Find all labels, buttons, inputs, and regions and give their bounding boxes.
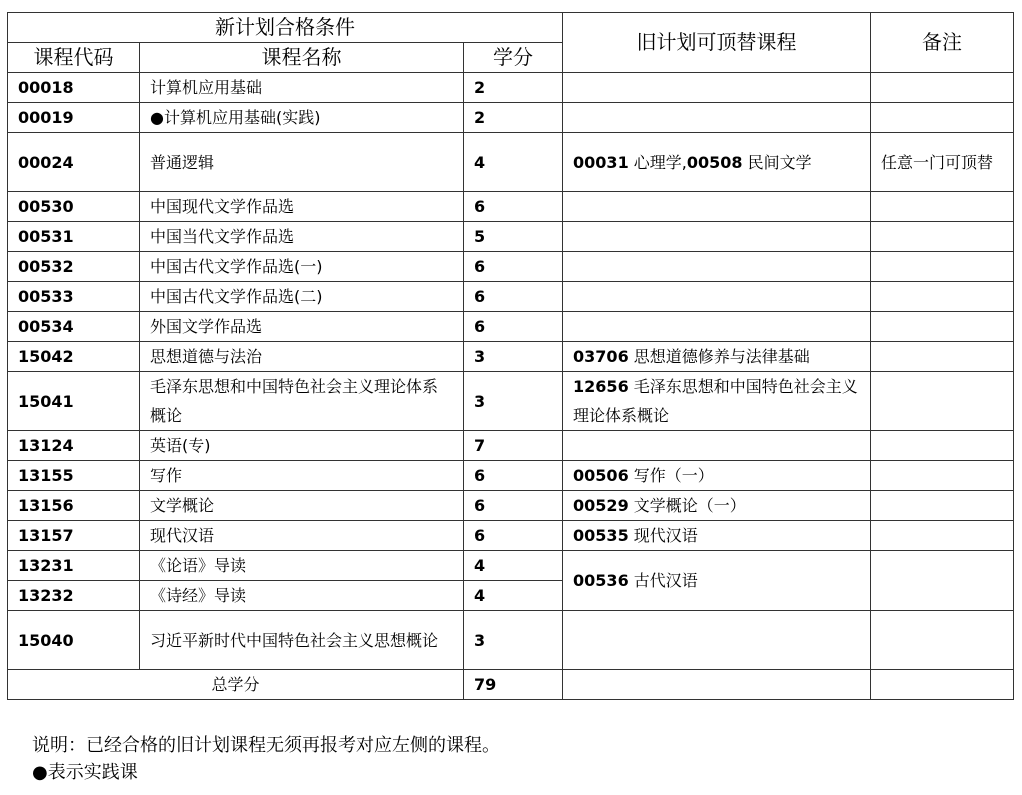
course-code: 13231	[8, 551, 140, 581]
table-row: 00024 普通逻辑 4 00031 心理学,00508 民间文学 任意一门可顶…	[8, 133, 1014, 192]
remark	[871, 521, 1014, 551]
course-code: 00024	[8, 133, 140, 192]
remark	[871, 222, 1014, 252]
total-credit: 79	[464, 670, 563, 700]
course-code: 00533	[8, 282, 140, 312]
column-header-code: 课程代码	[8, 43, 140, 73]
course-name: 计算机应用基础	[140, 73, 464, 103]
table-row: 15041 毛泽东思想和中国特色社会主义理论体系概论 3 12656 毛泽东思想…	[8, 372, 1014, 431]
remark	[871, 282, 1014, 312]
course-code: 00018	[8, 73, 140, 103]
old-course: 00031 心理学,00508 民间文学	[563, 133, 871, 192]
course-name: 写作	[140, 461, 464, 491]
course-credit: 5	[464, 222, 563, 252]
course-credit: 6	[464, 491, 563, 521]
course-code: 15042	[8, 342, 140, 372]
column-header-credit: 学分	[464, 43, 563, 73]
old-course	[563, 611, 871, 670]
old-course: 00529 文学概论（一）	[563, 491, 871, 521]
course-credit: 4	[464, 581, 563, 611]
old-course	[563, 192, 871, 222]
course-credit: 6	[464, 282, 563, 312]
old-course-code: 00031	[573, 153, 629, 172]
course-name: 习近平新时代中国特色社会主义思想概论	[140, 611, 464, 670]
remark	[871, 312, 1014, 342]
old-course	[563, 282, 871, 312]
old-course-name: 古代汉语	[629, 571, 698, 590]
notes-section: 说明：已经合格的旧计划课程无须再报考对应左侧的课程。 ●表示实践课	[32, 732, 500, 786]
old-course-code: 00536	[573, 571, 629, 590]
old-course-code: 00535	[573, 526, 629, 545]
remark	[871, 461, 1014, 491]
table-row: 00019 ●计算机应用基础(实践) 2	[8, 103, 1014, 133]
old-course-name: 民间文学	[743, 153, 812, 172]
old-course	[563, 431, 871, 461]
table-row: 00018 计算机应用基础 2	[8, 73, 1014, 103]
course-name: 普通逻辑	[140, 133, 464, 192]
course-credit: 3	[464, 372, 563, 431]
course-credit: 3	[464, 611, 563, 670]
remark	[871, 372, 1014, 431]
remark	[871, 192, 1014, 222]
course-credit: 4	[464, 551, 563, 581]
table-row: 00531 中国当代文学作品选 5	[8, 222, 1014, 252]
remark	[871, 611, 1014, 670]
group-header-new-plan: 新计划合格条件	[8, 13, 563, 43]
old-course-code: 03706	[573, 347, 629, 366]
old-course-name: 现代汉语	[629, 526, 698, 545]
remark	[871, 342, 1014, 372]
total-row: 总学分 79	[8, 670, 1014, 700]
header-row-group: 新计划合格条件 旧计划可顶替课程 备注	[8, 13, 1014, 43]
course-code: 00531	[8, 222, 140, 252]
course-credit: 6	[464, 521, 563, 551]
old-course: 12656 毛泽东思想和中国特色社会主义理论体系概论	[563, 372, 871, 431]
course-credit: 6	[464, 461, 563, 491]
explanation-note: 说明：已经合格的旧计划课程无须再报考对应左侧的课程。	[32, 732, 500, 759]
course-credit: 6	[464, 252, 563, 282]
course-name: 现代汉语	[140, 521, 464, 551]
old-course: 00535 现代汉语	[563, 521, 871, 551]
course-name: 英语(专)	[140, 431, 464, 461]
remark	[871, 73, 1014, 103]
table-row: 00530 中国现代文学作品选 6	[8, 192, 1014, 222]
course-credit: 2	[464, 73, 563, 103]
old-course-name: 心理学,	[629, 153, 687, 172]
old-course-name: 思想道德修养与法律基础	[629, 347, 810, 366]
old-course	[563, 73, 871, 103]
course-code: 15040	[8, 611, 140, 670]
table-row: 00534 外国文学作品选 6	[8, 312, 1014, 342]
course-name: 外国文学作品选	[140, 312, 464, 342]
course-code: 00530	[8, 192, 140, 222]
remark	[871, 491, 1014, 521]
old-course-name: 文学概论（一）	[629, 496, 746, 515]
old-course-code: 12656	[573, 377, 629, 396]
old-course-code: 00529	[573, 496, 629, 515]
old-course	[563, 312, 871, 342]
total-label: 总学分	[8, 670, 464, 700]
course-code: 13155	[8, 461, 140, 491]
course-credit: 6	[464, 312, 563, 342]
course-credit: 4	[464, 133, 563, 192]
course-credit: 3	[464, 342, 563, 372]
course-name: 毛泽东思想和中国特色社会主义理论体系概论	[140, 372, 464, 431]
remark	[871, 670, 1014, 700]
remark	[871, 551, 1014, 611]
course-credit: 2	[464, 103, 563, 133]
course-code: 00534	[8, 312, 140, 342]
old-course	[563, 103, 871, 133]
old-course	[563, 252, 871, 282]
table-row: 00533 中国古代文学作品选(二) 6	[8, 282, 1014, 312]
column-header-old-course: 旧计划可顶替课程	[563, 13, 871, 73]
course-code: 13232	[8, 581, 140, 611]
column-header-remark: 备注	[871, 13, 1014, 73]
remark	[871, 252, 1014, 282]
table-row: 13231 《论语》导读 4 00536 古代汉语	[8, 551, 1014, 581]
course-credit: 7	[464, 431, 563, 461]
course-credit: 6	[464, 192, 563, 222]
old-course: 03706 思想道德修养与法律基础	[563, 342, 871, 372]
column-header-name: 课程名称	[140, 43, 464, 73]
course-name: 中国现代文学作品选	[140, 192, 464, 222]
course-name: 中国古代文学作品选(一)	[140, 252, 464, 282]
remark: 任意一门可顶替	[871, 133, 1014, 192]
old-course-name: 写作（一）	[629, 466, 714, 485]
course-name: 《诗经》导读	[140, 581, 464, 611]
course-name: 《论语》导读	[140, 551, 464, 581]
course-code: 15041	[8, 372, 140, 431]
remark	[871, 103, 1014, 133]
table-row: 13155 写作 6 00506 写作（一）	[8, 461, 1014, 491]
course-name: ●计算机应用基础(实践)	[140, 103, 464, 133]
table-row: 13124 英语(专) 7	[8, 431, 1014, 461]
course-code: 13124	[8, 431, 140, 461]
table-row: 13157 现代汉语 6 00535 现代汉语	[8, 521, 1014, 551]
course-code: 00532	[8, 252, 140, 282]
table-row: 13156 文学概论 6 00529 文学概论（一）	[8, 491, 1014, 521]
table-row: 00532 中国古代文学作品选(一) 6	[8, 252, 1014, 282]
course-name: 文学概论	[140, 491, 464, 521]
course-name: 思想道德与法治	[140, 342, 464, 372]
table-row: 15042 思想道德与法治 3 03706 思想道德修养与法律基础	[8, 342, 1014, 372]
old-course: 00536 古代汉语	[563, 551, 871, 611]
practice-legend: ●表示实践课	[32, 759, 500, 786]
remark	[871, 431, 1014, 461]
course-replacement-table: 新计划合格条件 旧计划可顶替课程 备注 课程代码 课程名称 学分 00018 计…	[7, 12, 1014, 700]
old-course-code: 00508	[687, 153, 743, 172]
course-name: 中国当代文学作品选	[140, 222, 464, 252]
old-course	[563, 670, 871, 700]
old-course: 00506 写作（一）	[563, 461, 871, 491]
old-course	[563, 222, 871, 252]
course-name: 中国古代文学作品选(二)	[140, 282, 464, 312]
course-code: 13157	[8, 521, 140, 551]
course-code: 00019	[8, 103, 140, 133]
old-course-code: 00506	[573, 466, 629, 485]
table-row: 15040 习近平新时代中国特色社会主义思想概论 3	[8, 611, 1014, 670]
course-code: 13156	[8, 491, 140, 521]
